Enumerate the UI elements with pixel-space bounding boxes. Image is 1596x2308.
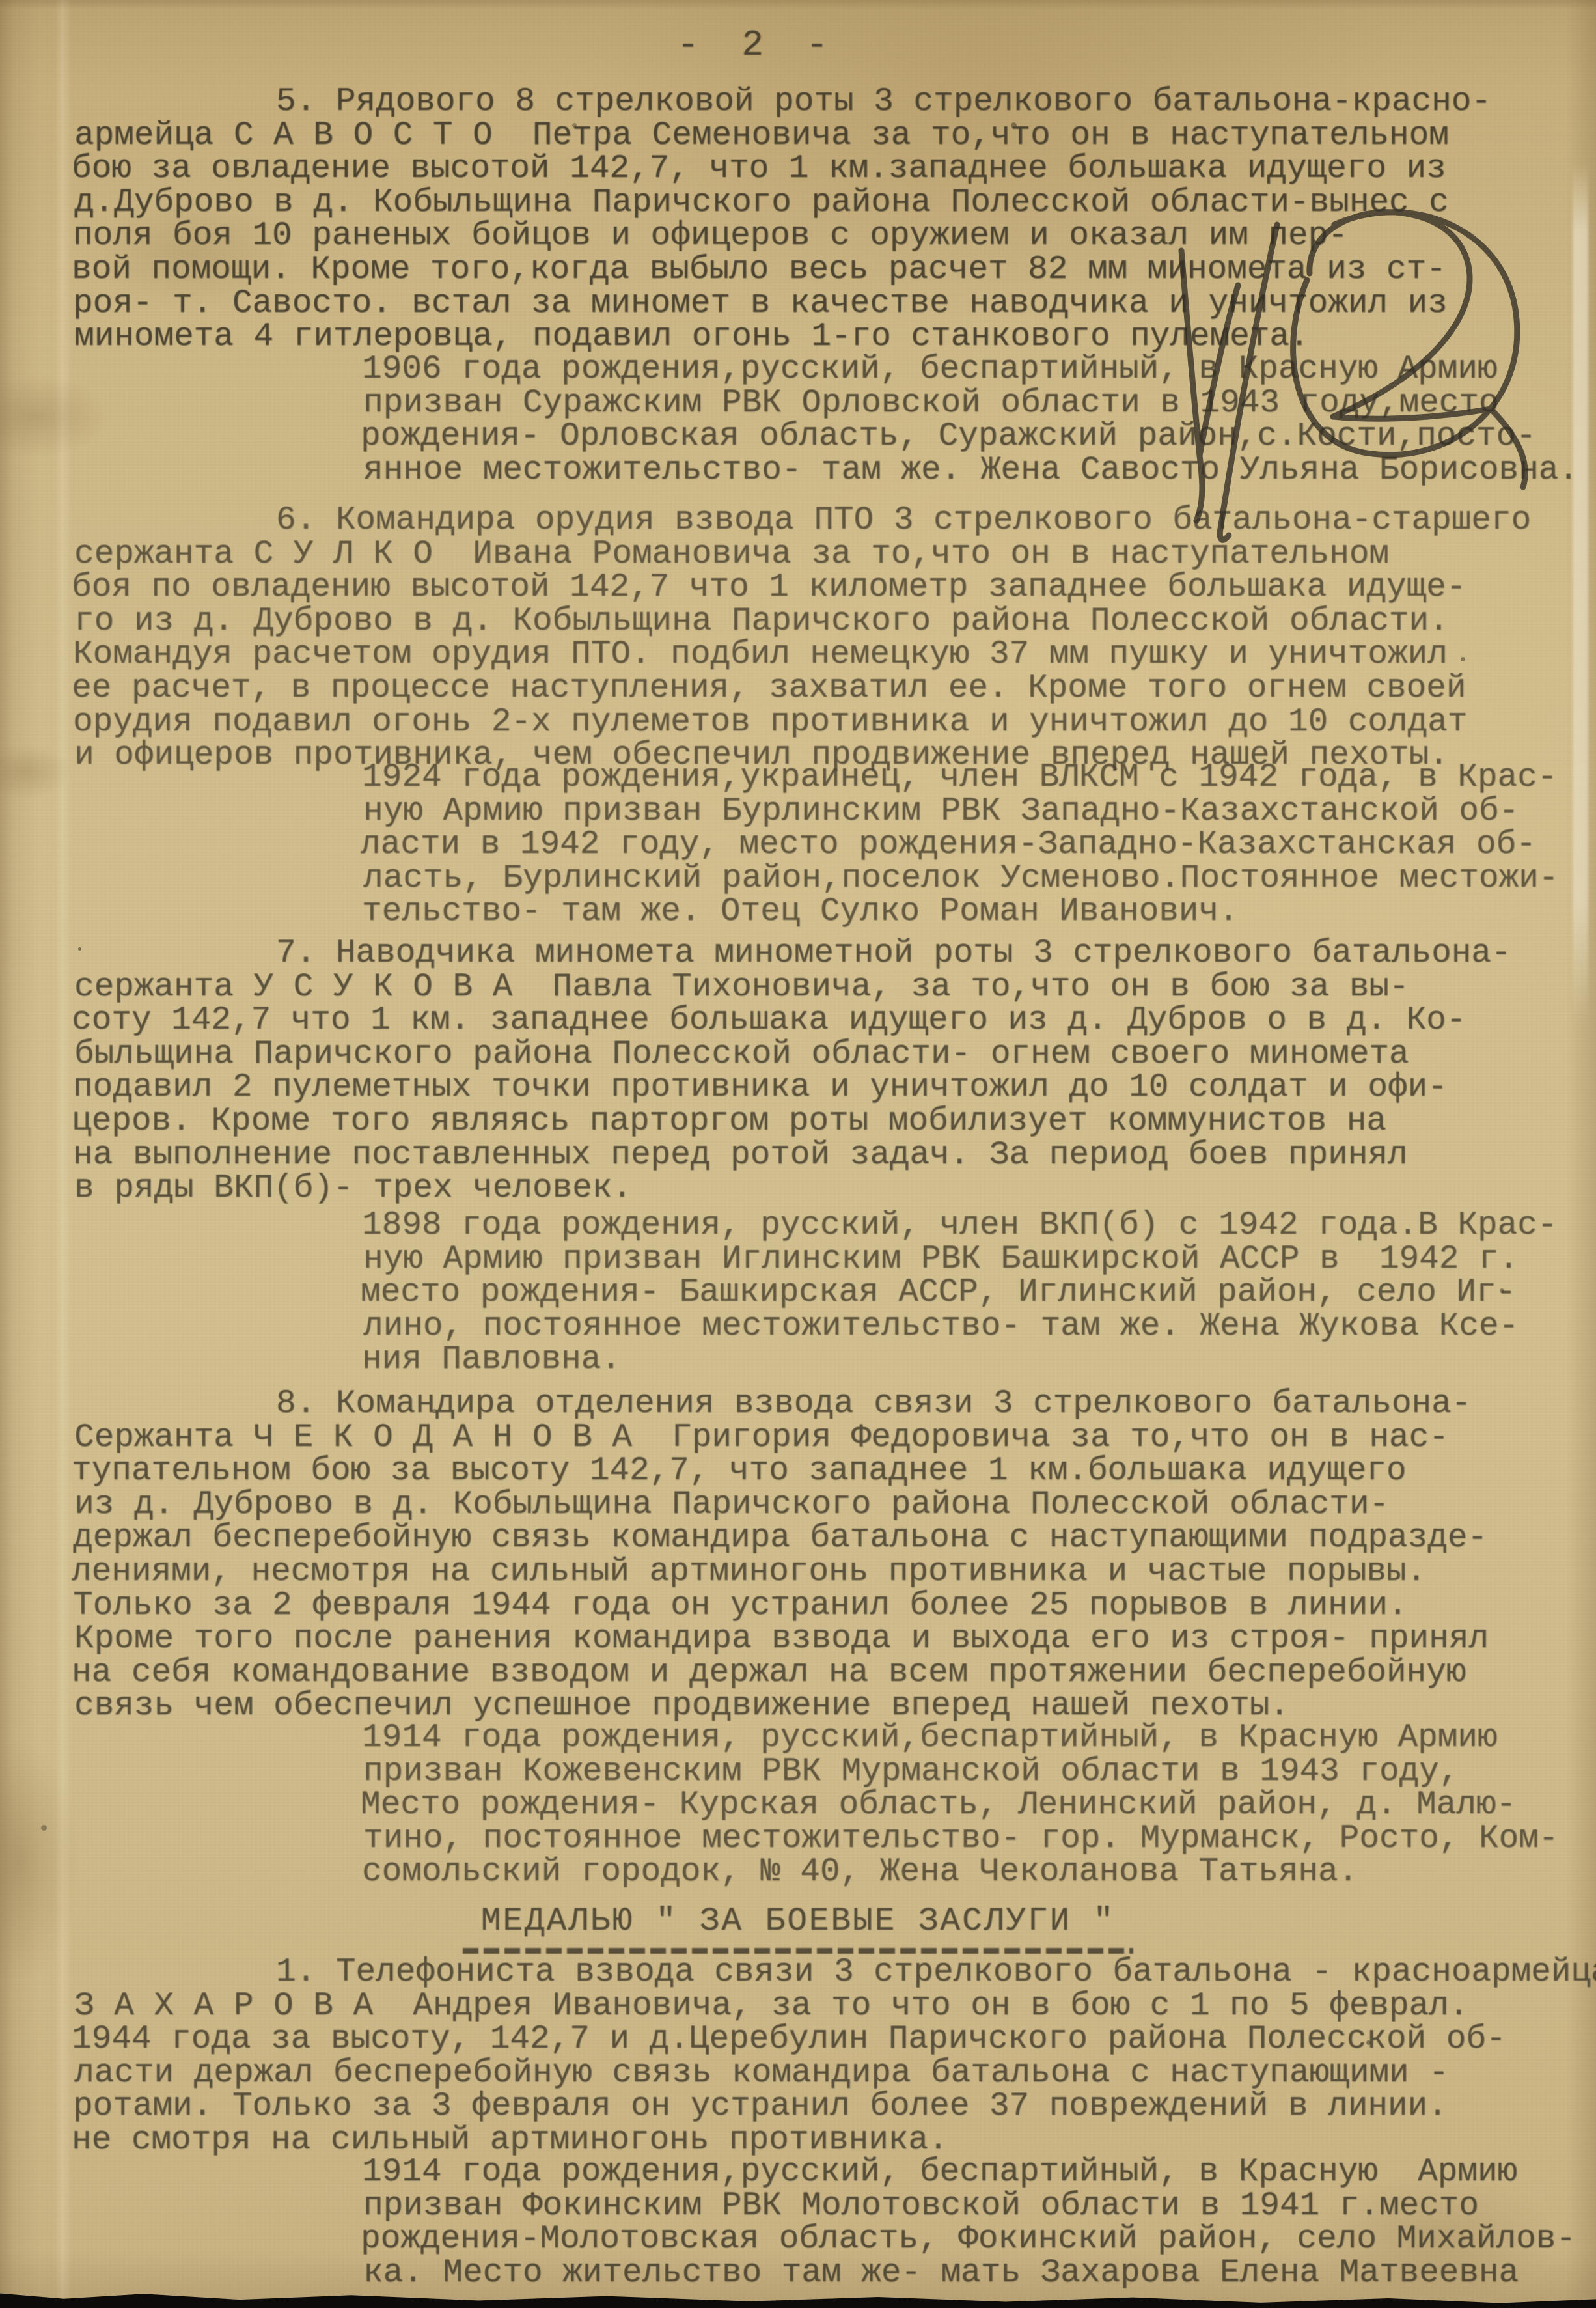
- heading-underline: [463, 1948, 1133, 1954]
- text-line: бою за овладение высотой 142,7, что 1 км…: [72, 152, 1490, 186]
- text-line: 1944 года за высоту, 142,7 и д.Церебулин…: [72, 2023, 1596, 2057]
- text-line: из д. Дуброво в д. Кобыльщина Паричского…: [74, 1488, 1489, 1522]
- text-line: ка. Место жительство там же- мать Захаро…: [363, 2257, 1578, 2290]
- paragraph-7-usukov: 7. Наводчика миномета минометной роты 3 …: [73, 937, 1511, 1206]
- text-line: 1. Телефониста взвода связи 3 стрелковог…: [73, 1956, 1596, 1990]
- text-line: место рождения- Башкирская АССР, Иглинск…: [361, 1276, 1556, 1310]
- text-line: ласти держал бесперебойную связь команди…: [74, 2057, 1596, 2091]
- text-line: ротами. Только за 3 февраля он устранил …: [73, 2090, 1596, 2124]
- text-line: на выполнение поставленных перед ротой з…: [73, 1139, 1511, 1173]
- text-line: ную Армию призван Бурлинским РВК Западно…: [363, 795, 1558, 829]
- text-line: тельство- там же. Отец Сулко Роман Ивано…: [362, 895, 1557, 929]
- text-line: 8. Командира отделения взвода связи 3 ст…: [73, 1387, 1487, 1421]
- bio-8-chekodanov: 1914 года рождения, русский,беспартийный…: [362, 1721, 1557, 1889]
- text-line: призван Кожевенским РВК Мурманской облас…: [363, 1755, 1558, 1789]
- text-line: держал бесперебойную связь командира бат…: [73, 1522, 1487, 1555]
- paragraph-1-zakharov: 1. Телефониста взвода связи 3 стрелковог…: [73, 1956, 1596, 2158]
- bio-6-sulko: 1924 года рождения,украинец, член ВЛКСМ …: [362, 761, 1557, 929]
- text-line: ния Павловна.: [362, 1343, 1557, 1377]
- text-line: на себя командование взводом и держал на…: [72, 1656, 1486, 1690]
- text-line: сомольский городок, № 40, Жена Чеколанов…: [362, 1856, 1557, 1889]
- text-line: орудия подавил огонь 2-х пулеметов проти…: [73, 706, 1531, 740]
- text-line: 1898 года рождения, русский, член ВКП(б)…: [362, 1209, 1557, 1243]
- text-line: 1924 года рождения,украинец, член ВЛКСМ …: [362, 761, 1557, 795]
- paragraph-8-chekodanov: 8. Командира отделения взвода связи 3 ст…: [73, 1387, 1487, 1723]
- scanned-document: { "page": { "number_label": "- 2 -", "pa…: [0, 0, 1596, 2308]
- text-line: армейца С А В О С Т О Петра Семеновича з…: [74, 119, 1493, 153]
- text-line: сержанта У С У К О В А Павла Тихоновича,…: [74, 971, 1513, 1005]
- bio-7-usukov: 1898 года рождения, русский, член ВКП(б)…: [362, 1209, 1557, 1377]
- text-line: подавил 2 пулеметных точки противника и …: [73, 1071, 1511, 1105]
- text-line: ласти в 1942 году, место рождения-Западн…: [361, 828, 1556, 862]
- text-line: тупательном бою за высоту 142,7, что зап…: [72, 1454, 1486, 1488]
- text-line: ную Армию призван Иглинским РВК Башкирск…: [363, 1243, 1558, 1277]
- text-line: Только за 2 февраля 1944 года он устрани…: [73, 1589, 1487, 1623]
- bio-1-zakharov: 1914 года рождения,русский, беспартийный…: [362, 2156, 1577, 2290]
- text-line: Кроме того после ранения командира взвод…: [74, 1622, 1489, 1656]
- text-line: лино, постоянное местожительство- там же…: [363, 1310, 1558, 1344]
- page-number: - 2 -: [0, 29, 1556, 63]
- text-line: призван Фокинским РВК Молотовской област…: [363, 2190, 1578, 2223]
- text-line: соту 142,7 что 1 км. западнее большака и…: [72, 1004, 1510, 1038]
- text-line: тино, постоянное местожительство- гор. М…: [363, 1822, 1558, 1856]
- text-line: З А Х А Р О В А Андрея Ивановича, за то …: [74, 1990, 1596, 2023]
- text-line: 5. Рядового 8 стрелковой роты 3 стрелков…: [73, 85, 1491, 119]
- medal-section-heading: МЕДАЛЬЮ " ЗА БОЕВЫЕ ЗАСЛУГИ ": [0, 1905, 1596, 1939]
- text-line: лениями, несмотря на сильный артминогонь…: [72, 1555, 1486, 1589]
- pen-scribble-annotation: [1041, 189, 1596, 566]
- text-line: связь чем обеспечил успешное продвижение…: [74, 1689, 1489, 1723]
- text-line: 7. Наводчика миномета минометной роты 3 …: [73, 937, 1511, 971]
- text-line: церов. Кроме того являясь парторгом роты…: [72, 1105, 1510, 1139]
- text-line: в ряды ВКП(б)- трех человек.: [74, 1172, 1513, 1206]
- text-line: боя по овладению высотой 142,7 что 1 кил…: [72, 571, 1530, 605]
- text-line: ее расчет, в процессе наступления, захва…: [72, 672, 1530, 706]
- text-line: рождения-Молотовская область, Фокинский …: [361, 2223, 1576, 2257]
- text-line: Командуя расчетом орудия ПТО. подбил нем…: [73, 638, 1531, 672]
- text-line: го из д. Дуброво в д. Кобыльщина Паричск…: [74, 605, 1532, 639]
- text-line: Сержанта Ч Е К О Д А Н О В А Григория Фе…: [74, 1421, 1489, 1455]
- text-line: быльщина Паричского района Полесской обл…: [74, 1038, 1513, 1072]
- text-line: ласть, Бурлинский район,поселок Усменово…: [363, 862, 1558, 896]
- text-line: Место рождения- Курская область, Ленинск…: [361, 1788, 1556, 1822]
- text-line: 1914 года рождения, русский,беспартийный…: [362, 1721, 1557, 1755]
- text-line: не смотря на сильный артминогонь противн…: [72, 2124, 1596, 2158]
- text-line: 1914 года рождения,русский, беспартийный…: [362, 2156, 1577, 2190]
